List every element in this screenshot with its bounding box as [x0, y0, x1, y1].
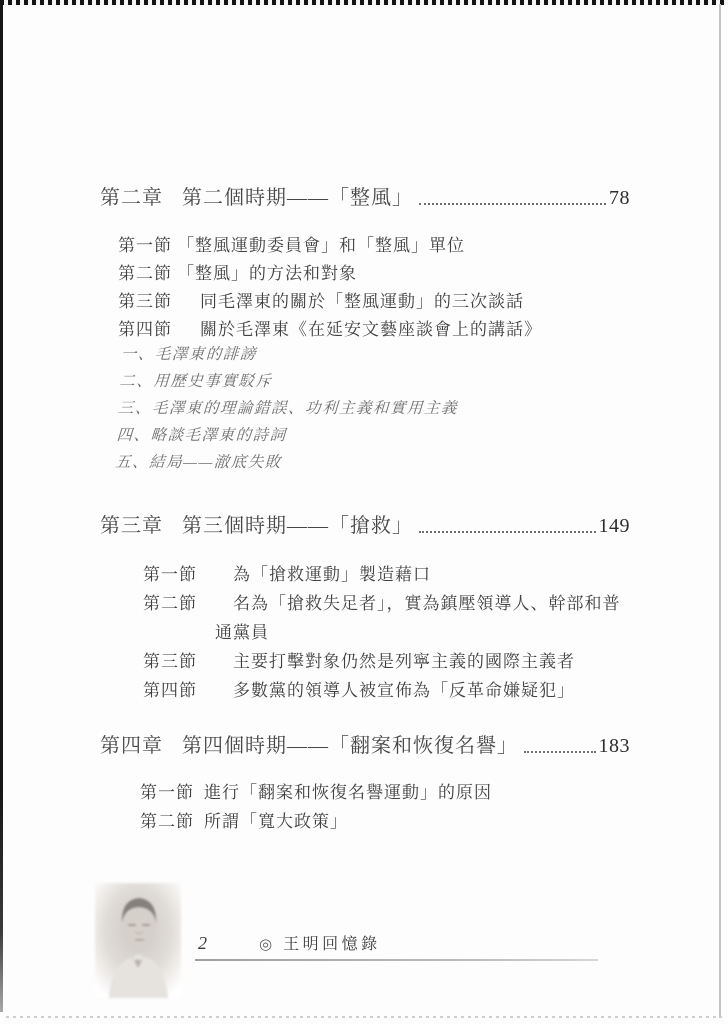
dot-leader — [419, 531, 596, 533]
section-text: 「整風」的方法和對象 — [177, 260, 357, 288]
chapter-page-number: 78 — [609, 187, 630, 210]
section-label: 第二節 — [118, 260, 172, 288]
chapter-label: 第三章 — [100, 509, 163, 538]
footer-page-number: 2 — [198, 933, 207, 954]
section-label: 第四節 — [143, 676, 197, 705]
chapter-label: 第四章 — [100, 729, 163, 758]
scan-bottom-edge — [6, 1016, 722, 1018]
section-text: 名為「搶救失足者」，實為鎮壓領導人、幹部和普通黨員 — [215, 589, 630, 647]
section-row: 第一節 為「搶救運動」製造藉口 — [143, 560, 630, 589]
scan-top-edge — [0, 0, 728, 5]
chapter-4-sections: 第一節 進行「翻案和恢復名譽運動」的原因 第二節 所謂「寬大政策」 — [140, 778, 492, 836]
section-row: 第二節 名為「搶救失足者」，實為鎮壓領導人、幹部和普通黨員 — [143, 589, 630, 647]
chapter-label: 第二章 — [100, 181, 163, 210]
section-label: 第一節 — [143, 560, 197, 589]
numbered-item: 四、略談毛澤東的詩詞 — [116, 422, 457, 449]
section-label: 第四節 — [118, 316, 172, 344]
chapter-title: 第四個時期——「翻案和恢復名譽」 — [182, 729, 518, 758]
chapter-page-number: 183 — [599, 735, 631, 758]
section-row: 第二節 「整風」的方法和對象 — [118, 260, 542, 288]
section-label: 第二節 — [143, 589, 197, 618]
dot-leader — [419, 203, 606, 205]
section-text: 為「搶救運動」製造藉口 — [233, 560, 431, 589]
chapter-title: 第三個時期——「搶救」 — [182, 509, 413, 538]
chapter-page-number: 149 — [599, 515, 631, 538]
section-row: 第二節 所謂「寬大政策」 — [140, 807, 492, 836]
section-text: 同毛澤東的關於「整風運動」的三次談話 — [200, 288, 524, 316]
section-row: 第四節 關於毛澤東《在延安文藝座談會上的講話》 — [118, 316, 542, 344]
section-text: 關於毛澤東《在延安文藝座談會上的講話》 — [200, 316, 542, 344]
section-label: 第三節 — [118, 288, 172, 316]
chapter-3-sections: 第一節 為「搶救運動」製造藉口 第二節 名為「搶救失足者」，實為鎮壓領導人、幹部… — [143, 560, 630, 705]
scan-right-edge — [719, 4, 721, 1018]
footer: 2 ◎ 王明回憶錄 — [198, 931, 381, 954]
chapter-heading-4: 第四章 第四個時期——「翻案和恢復名譽」 183 — [100, 729, 630, 758]
numbered-item: 五、結局——澈底失敗 — [114, 449, 455, 476]
section-text: 多數黨的領導人被宣佈為「反革命嫌疑犯」 — [233, 676, 575, 705]
bullseye-bullet-icon: ◎ — [259, 935, 272, 954]
section-row: 第三節 主要打擊對象仍然是列寧主義的國際主義者 — [143, 647, 630, 676]
numbered-item: 二、用歷史事實駁斥 — [119, 368, 460, 395]
section-row: 第四節 多數黨的領導人被宣佈為「反革命嫌疑犯」 — [143, 676, 630, 705]
chapter-heading-3: 第三章 第三個時期——「搶救」 149 — [100, 509, 630, 538]
section-label: 第一節 — [118, 232, 172, 260]
footer-book-title: 王明回憶錄 — [283, 931, 381, 954]
section-label: 第二節 — [140, 807, 194, 836]
numbered-item: 一、毛澤東的誹謗 — [120, 341, 461, 368]
section-row: 第一節 進行「翻案和恢復名譽運動」的原因 — [140, 778, 492, 807]
chapter-title: 第二個時期——「整風」 — [182, 181, 413, 210]
scanned-book-page: 第二章 第二個時期——「整風」 78 第一節 「整風運動委員會」和「整風」單位 … — [0, 0, 728, 1024]
chapter-heading-2: 第二章 第二個時期——「整風」 78 — [100, 181, 630, 210]
section-label: 第三節 — [143, 647, 197, 676]
section-row: 第三節 同毛澤東的關於「整風運動」的三次談話 — [118, 288, 542, 316]
footer-rule — [195, 959, 598, 961]
section-text: 「整風運動委員會」和「整風」單位 — [177, 232, 465, 260]
section-row: 第一節 「整風運動委員會」和「整風」單位 — [118, 232, 542, 260]
dot-leader — [524, 751, 596, 753]
numbered-item: 三、毛澤東的理論錯誤、功利主義和實用主義 — [117, 395, 458, 422]
portrait-photo — [95, 883, 181, 998]
section-text: 進行「翻案和恢復名譽運動」的原因 — [204, 778, 492, 807]
section-text: 所謂「寬大政策」 — [204, 807, 348, 836]
section-label: 第一節 — [140, 778, 194, 807]
section-text: 主要打擊對象仍然是列寧主義的國際主義者 — [233, 647, 575, 676]
chapter-2-sections: 第一節 「整風運動委員會」和「整風」單位 第二節 「整風」的方法和對象 第三節 … — [118, 232, 542, 344]
chapter-2-handwritten-items: 一、毛澤東的誹謗 二、用歷史事實駁斥 三、毛澤東的理論錯誤、功利主義和實用主義 … — [114, 341, 461, 476]
scan-left-edge — [0, 0, 3, 1012]
